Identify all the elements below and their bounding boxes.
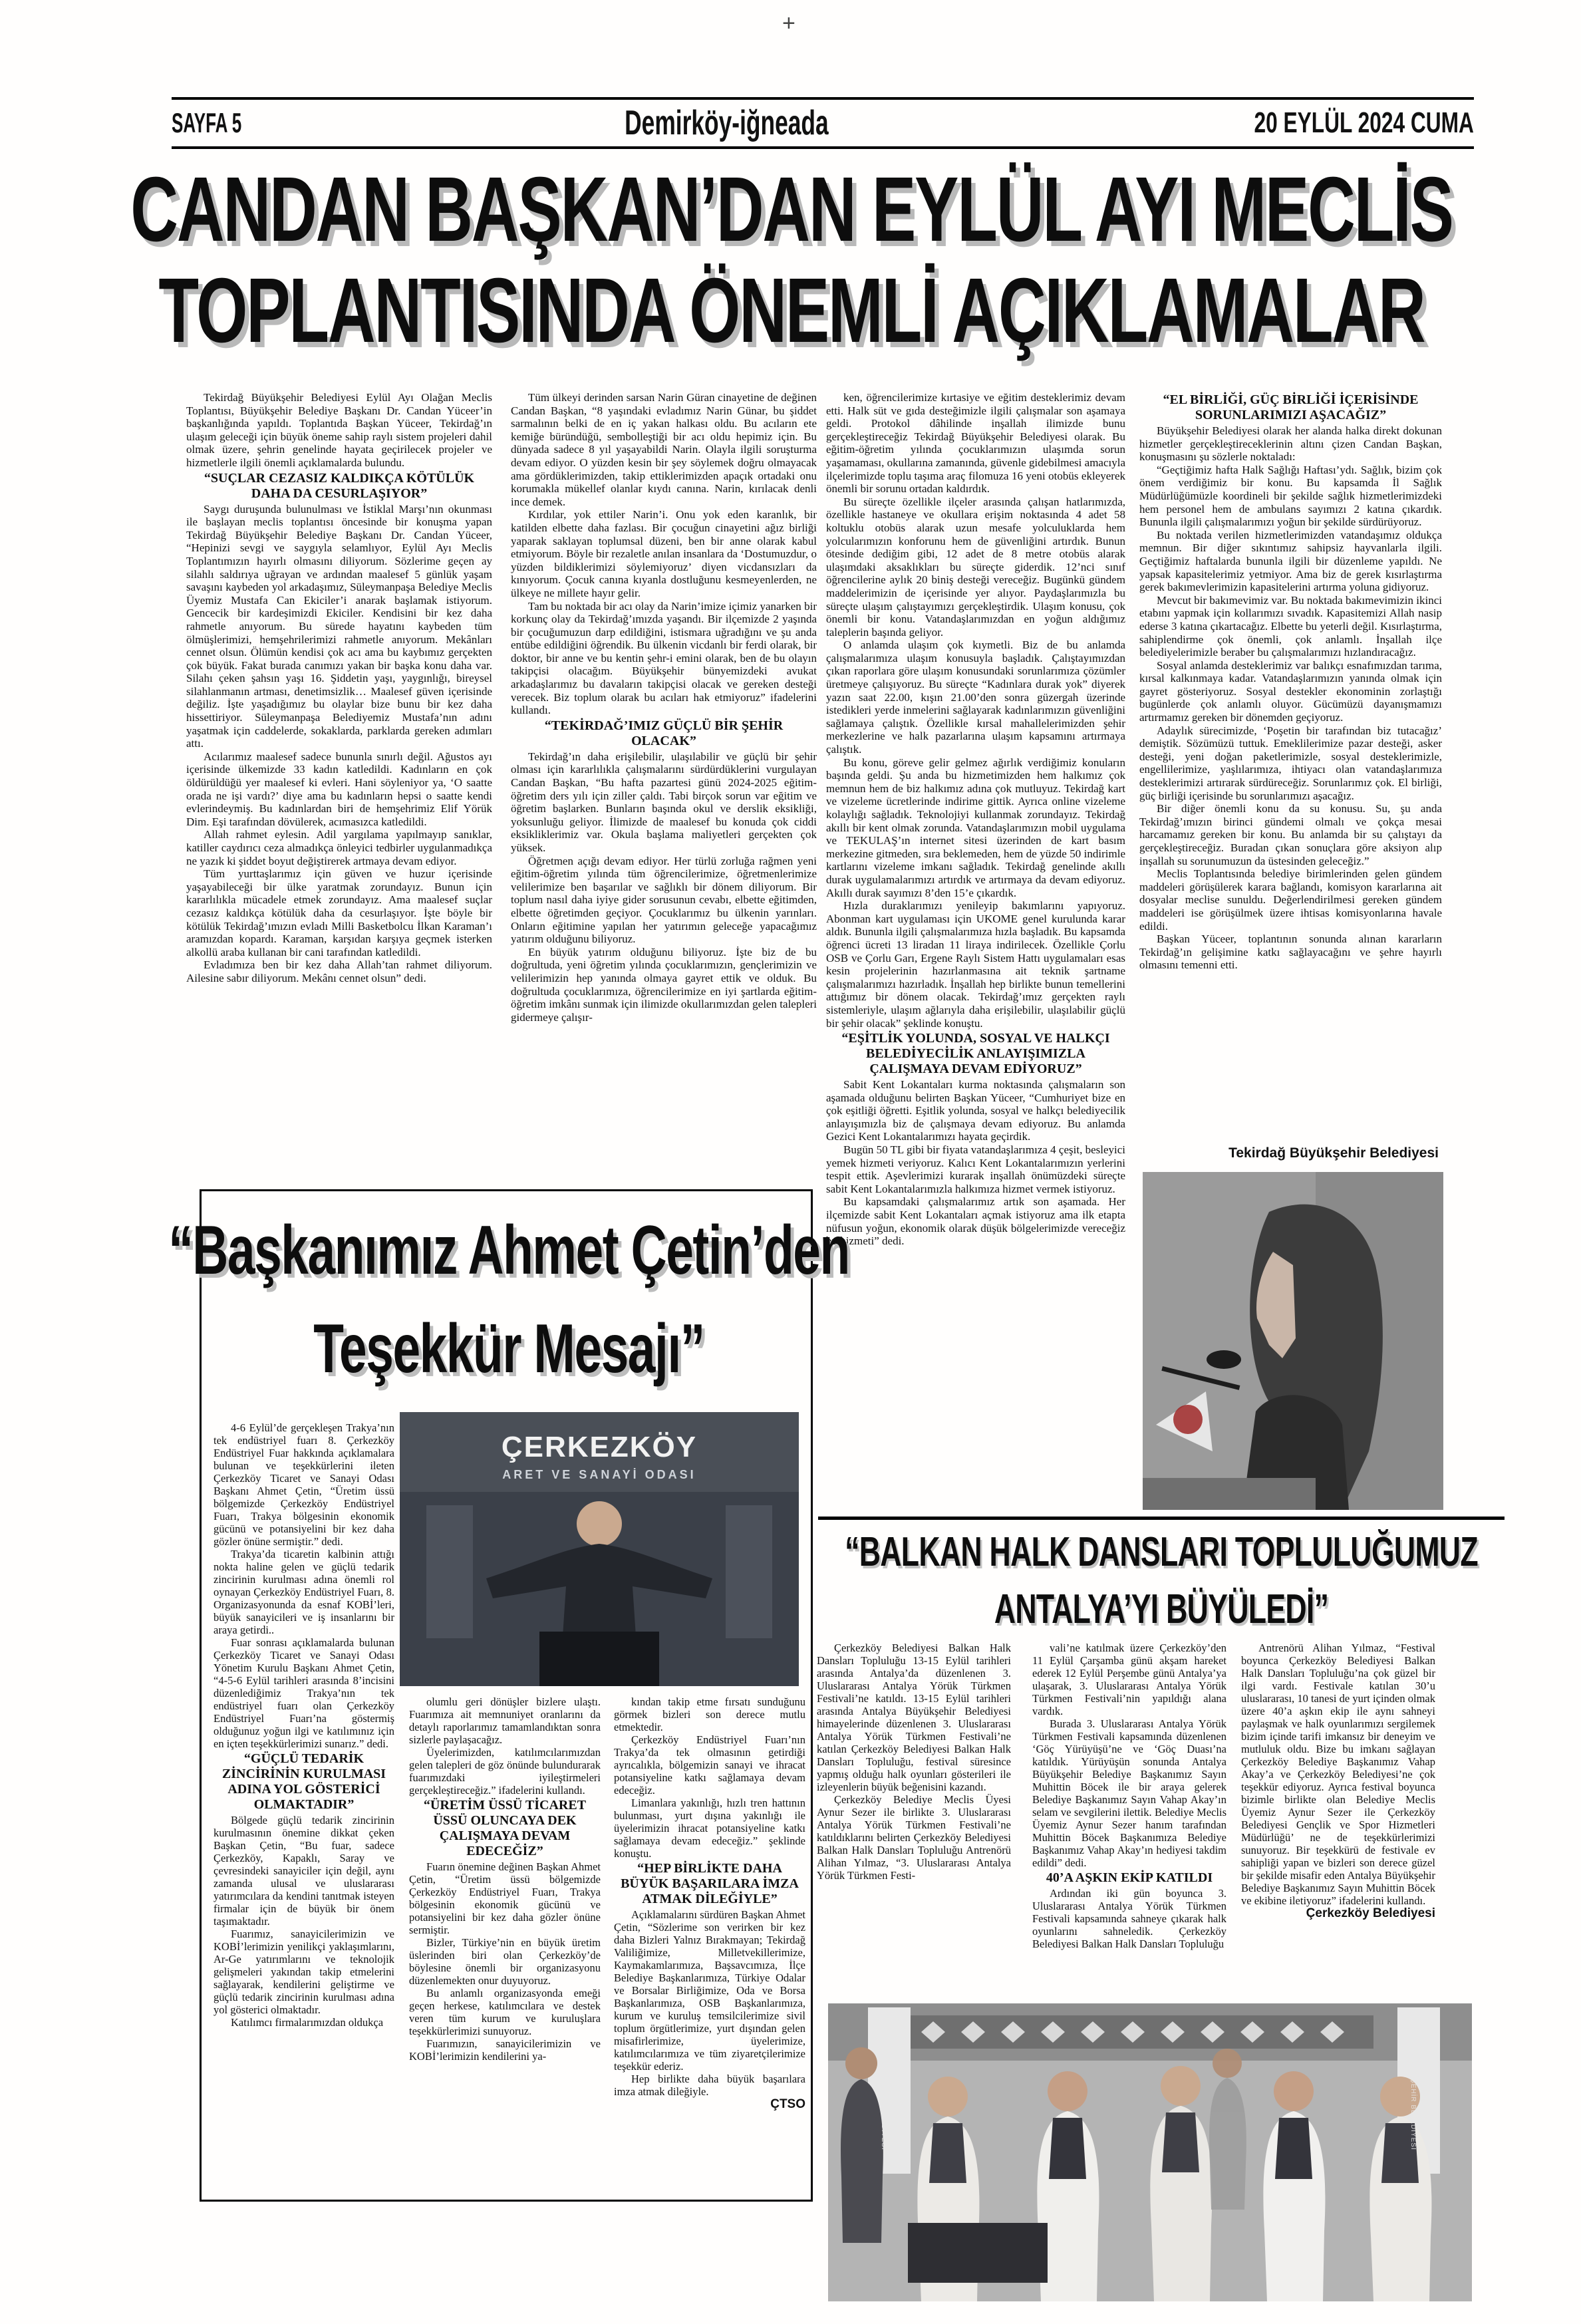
fair-speaker-illustration <box>400 1412 799 1686</box>
tekirdag-signature: Tekirdağ Büyükşehir Belediyesi <box>1139 1145 1439 1161</box>
column-subhead: 40’A AŞKIN EKİP KATILDI <box>1032 1870 1226 1886</box>
article-paragraph: Trakya’da ticaretin kalbinin attığı nokt… <box>214 1548 394 1636</box>
balkan-column-b: vali’ne katılmak üzere Çerkezköy’den 11 … <box>1032 1642 1226 2001</box>
article-paragraph: En büyük yatırım olduğunu biliyoruz. İşt… <box>511 946 817 1024</box>
article-paragraph: Tüm yurttaşlarımız için güven ve huzur i… <box>186 867 492 958</box>
main-headline-line-2: TOPLANTISINDA ÖNEMLİ AÇIKLAMALAR <box>791 258 1581 364</box>
column-subhead: “EL BİRLİĞİ, GÜÇ BİRLİĞİ İÇERİSİNDE SORU… <box>1139 392 1442 423</box>
article-paragraph: Büyükşehir Belediyesi olarak her alanda … <box>1139 424 1442 464</box>
top-story-column-4: “EL BİRLİĞİ, GÜÇ BİRLİĞİ İÇERİSİNDE SORU… <box>1139 391 1442 1141</box>
balkan-column-a: Çerkezköy Belediyesi Balkan Halk Danslar… <box>817 1642 1011 2001</box>
article-paragraph: Sosyal anlamda desteklerimiz var balıkçı… <box>1139 659 1442 724</box>
article-paragraph: Mevcut bir bakımevimiz var. Bu noktada b… <box>1139 594 1442 659</box>
article-paragraph: Hızla duraklarımızı yenileyip bakımların… <box>826 899 1125 1030</box>
article-paragraph: “Geçtiğimiz hafta Halk Sağlığı Haftası’y… <box>1139 464 1442 529</box>
main-headline-line-1: CANDAN BAŞKAN’DAN EYLÜL AYI MECLİS <box>791 157 1581 263</box>
article-paragraph: Çerkezköy Belediye Meclis Üyesi Aynur Se… <box>817 1793 1011 1882</box>
article-paragraph: Çerkezköy Endüstriyel Fuarı’nın Trakya’d… <box>614 1733 805 1797</box>
article-paragraph: 4-6 Eylül’de gerçekleşen Trakya’nın tek … <box>214 1421 394 1548</box>
article-paragraph: Bizler, Türkiye’nin en büyük üretim üsle… <box>409 1936 601 1987</box>
balkan-column-c: Antrenörü Alihan Yılmaz, “Festival boyun… <box>1241 1642 1435 2001</box>
article-paragraph: Saygı duruşunda bulunulması ve İstiklal … <box>186 503 492 750</box>
article-paragraph: Açıklamalarını sürdüren Başkan Ahmet Çet… <box>614 1908 805 2073</box>
top-story-column-1: Tekirdağ Büyükşehir Belediyesi Eylül Ayı… <box>186 391 492 1184</box>
article-paragraph: Tam bu noktada bir acı olay da Narin’imi… <box>511 600 817 717</box>
article-paragraph: Fuarımızın, sanayicilerimizin ve KOBİ’le… <box>409 2037 601 2063</box>
column-subhead: “HEP BİRLİKTE DAHA BÜYÜK BAŞARILARA İMZA… <box>614 1861 805 1907</box>
issue-date: 20 EYLÜL 2024 CUMA <box>1254 106 1474 140</box>
banner-text-left: ANTALYA BÜYÜKŞEHİR BELEDİYESİ <box>880 2017 887 2150</box>
article-paragraph: Allah rahmet eylesin. Adil yargılama yap… <box>186 828 492 867</box>
article-paragraph: Üyelerimizden, katılımcılarımızdan gelen… <box>409 1746 601 1797</box>
article-paragraph: Bölgede güçlü tedarik zincirinin kurulma… <box>214 1814 394 1928</box>
article-paragraph: Fuar sonrası açıklamalarda bulunan Çerke… <box>214 1636 394 1750</box>
article-paragraph: Tekirdağ Büyükşehir Belediyesi Eylül Ayı… <box>186 391 492 470</box>
article-paragraph: Bu anlamlı organizasyonda emeği geçen he… <box>409 1987 601 2037</box>
article-paragraph: Burada 3. Uluslararası Antalya Yörük Tür… <box>1032 1717 1226 1869</box>
dancers-group-photo: ANTALYA BÜYÜKŞEHİR BELEDİYESİ ANTALYA BÜ… <box>828 2003 1472 2301</box>
page-number: SAYFA 5 <box>172 107 241 139</box>
article-paragraph: Katılımcı firmalarımızdan oldukça <box>214 2016 394 2029</box>
article-paragraph: Bu konu, göreve gelir gelmez ağırlık ver… <box>826 756 1125 900</box>
article-paragraph: Sabit Kent Lokantaları kurma noktasında … <box>826 1078 1125 1143</box>
article-paragraph: Öğretmen açığı devam ediyor. Her türlü z… <box>511 855 817 946</box>
newspaper-page: + SAYFA 5 Demirköy-iğneada 20 EYLÜL 2024… <box>0 0 1581 2324</box>
balkan-headline-line-1: “BALKAN HALK DANSLARI TOPLULUĞUMUZ <box>1161 1528 1581 1576</box>
header-rule-top <box>172 97 1474 100</box>
cetin-headline-line-1: “Başkanımız Ahmet Çetin’den <box>509 1211 1455 1290</box>
article-signature: ÇTSO <box>614 2098 805 2110</box>
article-paragraph: Acılarımız maalesef sadece bununla sınır… <box>186 750 492 829</box>
flag-logo-icon <box>1173 1405 1203 1434</box>
speaker-head <box>577 1501 622 1546</box>
dancers-illustration <box>828 2003 1472 2301</box>
header-rule-bottom <box>172 146 1474 149</box>
article-paragraph: Kırdılar, yok ettiler Narin’i. Onu yok e… <box>511 508 817 599</box>
article-paragraph: Çerkezköy Belediyesi Balkan Halk Danslar… <box>817 1642 1011 1793</box>
article-paragraph: Fuarımız, sanayicilerimizin ve KOBİ’leri… <box>214 1928 394 2016</box>
article-paragraph: Meclis Toplantısında belediye birimlerin… <box>1139 867 1442 933</box>
podium <box>539 1632 659 1686</box>
article-paragraph: Tüm ülkeyi derinden sarsan Narin Güran c… <box>511 391 817 508</box>
column-subhead: “GÜÇLÜ TEDARİK ZİNCİRİNİN KURULMASI ADIN… <box>214 1751 394 1813</box>
article-paragraph: Fuarın önemine değinen Başkan Ahmet Çeti… <box>409 1860 601 1936</box>
column-subhead: “TEKİRDAĞ’IMIZ GÜÇLÜ BİR ŞEHİR OLACAK” <box>511 718 817 749</box>
article-paragraph: ken, öğrencilerimize kırtasiye ve eğitim… <box>826 391 1125 496</box>
article-paragraph: O anlamda ulaşım çok kıymetli. Biz de bu… <box>826 639 1125 756</box>
led-screen <box>908 2223 1048 2283</box>
article-paragraph: Bu noktada verilen hizmetlerimizden vata… <box>1139 529 1442 594</box>
column-subhead: “SUÇLAR CEZASIZ KALDIKÇA KÖTÜLÜK DAHA DA… <box>186 471 492 502</box>
article-paragraph: Ardından iki gün boyunca 3. Uluslararası… <box>1032 1887 1226 1950</box>
top-story-column-2: Tüm ülkeyi derinden sarsan Narin Güran c… <box>511 391 817 1184</box>
banner-text-right: ANTALYA BÜYÜKŞEHİR BELEDİYESİ <box>1409 2017 1417 2150</box>
cetin-column-b: olumlu geri dönüşler bizlere ulaştı. Fua… <box>409 1695 601 2185</box>
article-paragraph: Antrenörü Alihan Yılmaz, “Festival boyun… <box>1241 1642 1435 1907</box>
article-paragraph: Başkan Yüceer, toplantının sonunda alına… <box>1139 933 1442 972</box>
article-paragraph: Adaylık sürecimizde, ‘Poşetin bir tarafı… <box>1139 724 1442 803</box>
article-paragraph: vali’ne katılmak üzere Çerkezköy’den 11 … <box>1032 1642 1226 1717</box>
article-signature: Çerkezköy Belediyesi <box>1241 1907 1435 1920</box>
balkan-headline-line-2: ANTALYA’YI BÜYÜLEDİ” <box>1161 1586 1581 1633</box>
page-header: SAYFA 5 Demirköy-iğneada 20 EYLÜL 2024 C… <box>172 101 1474 145</box>
article-paragraph: Limanlara yakınlığı, hızlı tren hattının… <box>614 1797 805 1860</box>
article-paragraph: Hep birlikte daha büyük başarılara imza … <box>614 2073 805 2098</box>
column-subhead: “EŞİTLİK YOLUNDA, SOSYAL VE HALKÇI BELED… <box>826 1031 1125 1077</box>
balkan-section-rule <box>818 1517 1505 1520</box>
article-paragraph: Tekirdağ’ın daha erişilebilir, ulaşılabi… <box>511 750 817 855</box>
article-paragraph: Bu süreçte özellikle ilçeler arasında ça… <box>826 496 1125 639</box>
cetin-fair-photo: ÇERKEZKÖY ARET VE SANAYİ ODASI <box>400 1412 799 1686</box>
article-paragraph: olumlu geri dönüşler bizlere ulaştı. Fua… <box>409 1695 601 1746</box>
article-paragraph: Bir diğer önemli konu da su konusu. Su, … <box>1139 802 1442 867</box>
cetin-headline-line-2: Teşekkür Mesajı” <box>509 1310 1052 1389</box>
column-subhead: “ÜRETİM ÜSSÜ TİCARET ÜSSÜ OLUNCAYA DEK Ç… <box>409 1798 601 1859</box>
cetin-article-box: “Başkanımız Ahmet Çetin’den Teşekkür Mes… <box>200 1189 813 2202</box>
microphone-icon <box>1207 1350 1241 1369</box>
article-paragraph: Evladımıza ben bir kez daha Allah’tan ra… <box>186 958 492 984</box>
article-paragraph: kından takip etme fırsatı sunduğunu görm… <box>614 1695 805 1733</box>
cetin-column-c: kından takip etme fırsatı sunduğunu görm… <box>614 1695 805 2185</box>
registration-plus-mark: + <box>782 11 795 37</box>
cetin-column-a: 4-6 Eylül’de gerçekleşen Trakya’nın tek … <box>214 1421 394 2184</box>
article-paragraph: Bugün 50 TL gibi bir fiyata vatandaşları… <box>826 1143 1125 1195</box>
masthead-title: Demirköy-iğneada <box>625 103 829 143</box>
